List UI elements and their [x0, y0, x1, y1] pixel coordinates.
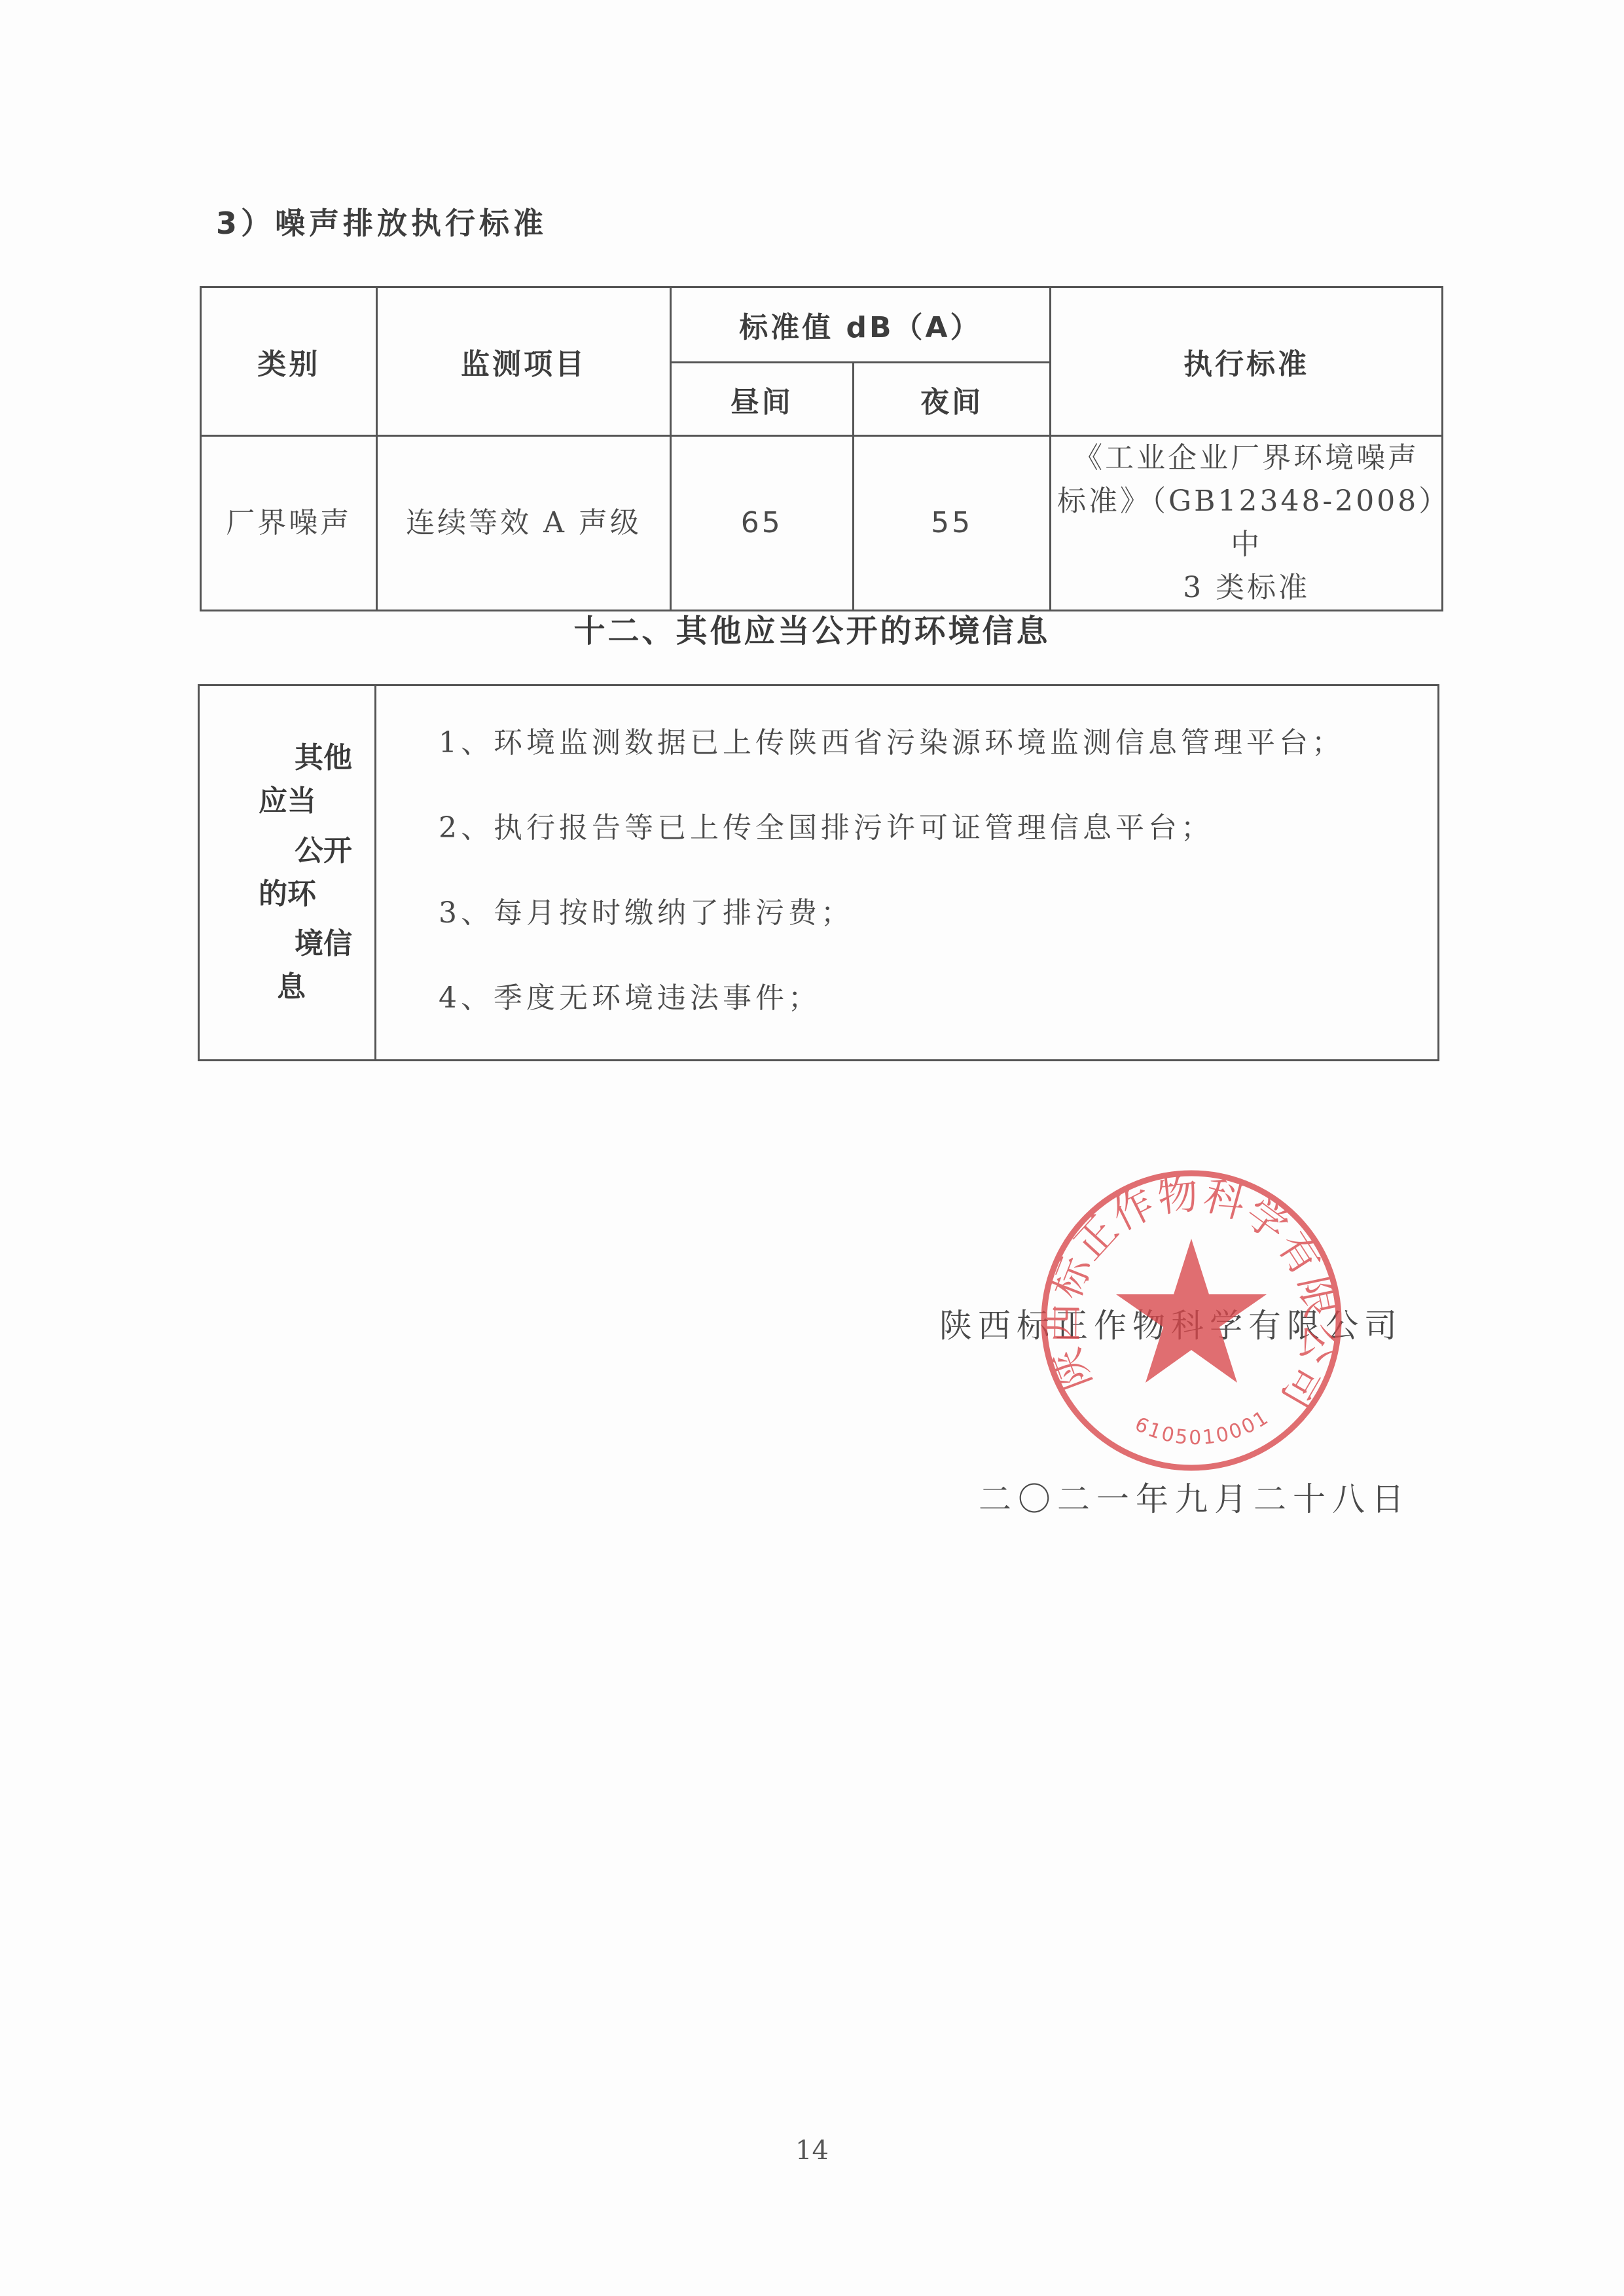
standard-line: 3 类标准 [1051, 566, 1441, 610]
list-item: 1、环境监测数据已上传陕西省污染源环境监测信息管理平台； [439, 719, 1437, 804]
header-category: 类别 [201, 287, 377, 436]
list-item: 2、执行报告等已上传全国排污许可证管理信息平台； [439, 804, 1437, 889]
header-day: 昼间 [670, 363, 853, 436]
cell-standard: 《工业企业厂界环境噪声 标准》（GB12348-2008）中 3 类标准 [1051, 436, 1443, 611]
cell-night: 55 [853, 436, 1050, 611]
noise-standard-table: 类别 监测项目 标准值 dB（A） 执行标准 昼间 夜间 厂界噪声 连续等效 A… [200, 286, 1443, 611]
label-line: 息 [259, 966, 374, 1009]
header-night: 夜间 [853, 363, 1050, 436]
label-line: 其他 [259, 737, 374, 780]
other-info-table: 其他 应当 公开 的环 境信 息 1、环境监测数据已上传陕西省污染源环境监测信息… [198, 684, 1439, 1061]
cell-item: 连续等效 A 声级 [377, 436, 670, 611]
standard-line: 标准》（GB12348-2008）中 [1051, 480, 1441, 566]
standard-line: 《工业企业厂界环境噪声 [1051, 437, 1441, 480]
label-line: 境信 [259, 922, 374, 966]
header-standard-value: 标准值 dB（A） [670, 287, 1051, 363]
list-item: 4、季度无环境违法事件； [439, 974, 1437, 1059]
cell-category: 厂界噪声 [201, 436, 377, 611]
header-standard: 执行标准 [1051, 287, 1443, 436]
label-line: 的环 [259, 873, 374, 916]
other-info-label: 其他 应当 公开 的环 境信 息 [199, 685, 376, 1061]
signature-date: 二〇二一年九月二十八日 [979, 1473, 1411, 1520]
star-icon [1116, 1239, 1267, 1383]
label-line: 应当 [259, 780, 374, 823]
section-heading: 十二、其他应当公开的环境信息 [0, 606, 1624, 651]
cell-day: 65 [670, 436, 853, 611]
table-row: 厂界噪声 连续等效 A 声级 65 55 《工业企业厂界环境噪声 标准》（GB1… [201, 436, 1443, 611]
page-number: 14 [795, 2136, 829, 2166]
company-seal-stamp: 陕西标正作物科学有限公司 6105010001168 [1038, 1167, 1345, 1474]
section-subtitle: 3）噪声排放执行标准 [216, 200, 547, 243]
list-item: 3、每月按时缴纳了排污费； [439, 889, 1437, 974]
header-item: 监测项目 [377, 287, 670, 436]
other-info-items: 1、环境监测数据已上传陕西省污染源环境监测信息管理平台； 2、执行报告等已上传全… [376, 685, 1439, 1061]
label-line: 公开 [259, 829, 374, 873]
